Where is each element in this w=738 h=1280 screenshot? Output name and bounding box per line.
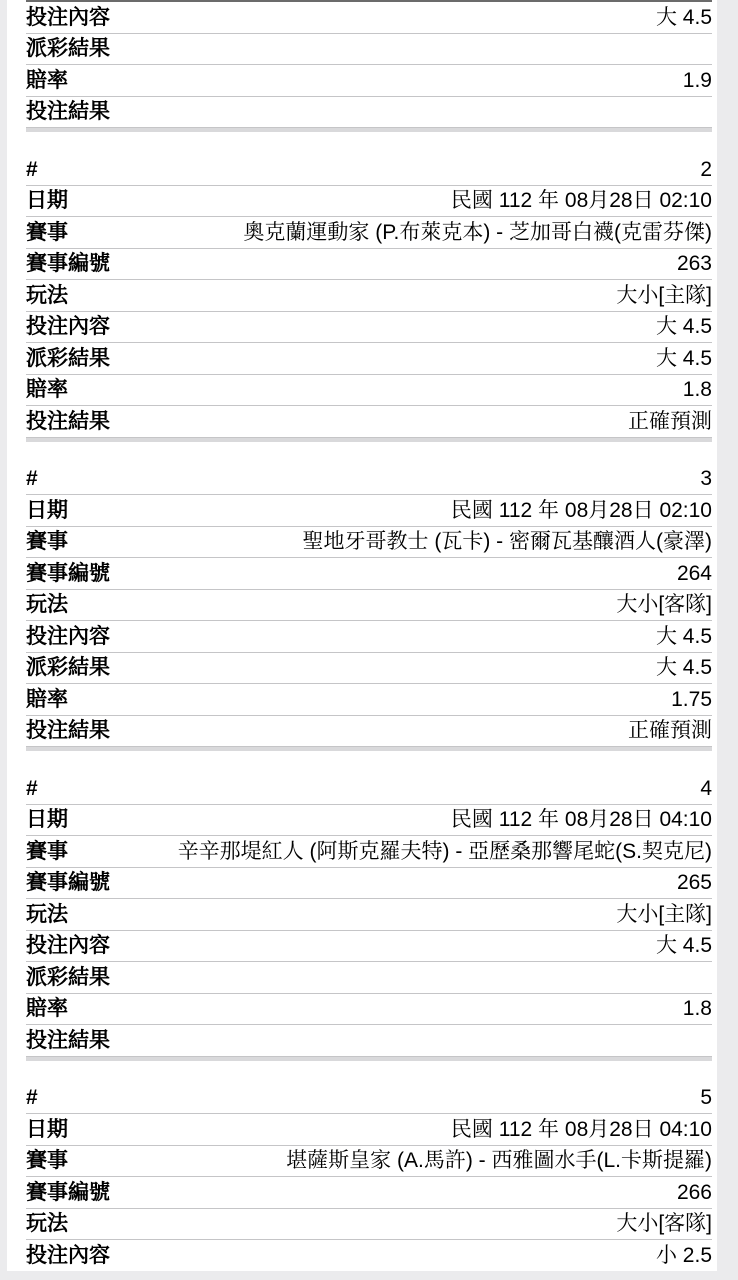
- field-value: 大小[客隊]: [68, 1208, 712, 1239]
- field-row: 投注結果: [26, 97, 712, 129]
- field-value: 大小[主隊]: [68, 899, 712, 930]
- field-row: 投注結果 正確預測: [26, 406, 712, 438]
- field-row: 玩法 大小[主隊]: [26, 899, 712, 931]
- field-label: 日期: [26, 495, 68, 526]
- field-row: 日期 民國 112 年 08月28日 04:10: [26, 805, 712, 837]
- field-row: 投注內容 大 4.5: [26, 931, 712, 963]
- field-value: 大小[主隊]: [68, 280, 712, 311]
- field-row: # 5: [26, 1083, 712, 1115]
- field-label: 賽事: [26, 217, 68, 248]
- records-list: 投注內容 大 4.5 派彩結果 賠率 1.9 投注結果 # 2 日期 民國 11…: [26, 2, 712, 1271]
- field-label: 賠率: [26, 993, 68, 1024]
- field-label: 賽事編號: [26, 558, 110, 589]
- field-row: 賠率 1.9: [26, 65, 712, 97]
- field-value: 民國 112 年 08月28日 04:10: [68, 1114, 712, 1145]
- field-value: 5: [38, 1082, 712, 1113]
- field-label: 派彩結果: [26, 33, 110, 64]
- field-value: 大 4.5: [110, 930, 712, 961]
- field-row: 賽事編號 263: [26, 249, 712, 281]
- field-row: 投注內容 小 2.5: [26, 1240, 712, 1271]
- field-value: 264: [110, 558, 712, 589]
- field-label: 賽事編號: [26, 867, 110, 898]
- field-label: 日期: [26, 185, 68, 216]
- field-row: 投注結果 正確預測: [26, 716, 712, 748]
- field-value: 正確預測: [110, 406, 712, 437]
- field-value: 4: [38, 773, 712, 804]
- record-block: # 3 日期 民國 112 年 08月28日 02:10 賽事 聖地牙哥教士 (…: [26, 464, 712, 752]
- field-label: 投注結果: [26, 96, 110, 127]
- field-label: 投注結果: [26, 1025, 110, 1056]
- field-row: 派彩結果 大 4.5: [26, 343, 712, 375]
- field-label: 玩法: [26, 1208, 68, 1239]
- field-value: 1.8: [68, 993, 712, 1024]
- field-value: 奧克蘭運動家 (P.布萊克本) - 芝加哥白襪(克雷芬傑): [68, 217, 712, 248]
- field-row: 賽事 聖地牙哥教士 (瓦卡) - 密爾瓦基釀酒人(豪澤): [26, 527, 712, 559]
- field-row: 賽事 堪薩斯皇家 (A.馬許) - 西雅圖水手(L.卡斯提羅): [26, 1146, 712, 1178]
- field-row: 投注內容 大 4.5: [26, 312, 712, 344]
- field-label: 玩法: [26, 589, 68, 620]
- field-value: 大 4.5: [110, 652, 712, 683]
- field-value: 大 4.5: [110, 621, 712, 652]
- field-row: 玩法 大小[主隊]: [26, 280, 712, 312]
- field-label: 賠率: [26, 684, 68, 715]
- field-row: 投注內容 大 4.5: [26, 621, 712, 653]
- field-value: 堪薩斯皇家 (A.馬許) - 西雅圖水手(L.卡斯提羅): [68, 1145, 712, 1176]
- field-label: 日期: [26, 1114, 68, 1145]
- field-row: 玩法 大小[客隊]: [26, 1209, 712, 1241]
- field-row: 投注結果: [26, 1025, 712, 1057]
- field-row: 玩法 大小[客隊]: [26, 590, 712, 622]
- field-label: 投注結果: [26, 406, 110, 437]
- field-value: 大 4.5: [110, 311, 712, 342]
- record-block: # 2 日期 民國 112 年 08月28日 02:10 賽事 奧克蘭運動家 (…: [26, 154, 712, 442]
- field-value: 1.75: [68, 684, 712, 715]
- field-label: #: [26, 463, 38, 494]
- field-value: 大 4.5: [110, 343, 712, 374]
- field-label: 投注內容: [26, 621, 110, 652]
- field-label: #: [26, 773, 38, 804]
- field-label: 賠率: [26, 374, 68, 405]
- field-label: 賽事: [26, 526, 68, 557]
- field-label: 賽事編號: [26, 248, 110, 279]
- field-row: 賠率 1.8: [26, 375, 712, 407]
- field-label: 日期: [26, 804, 68, 835]
- field-label: 投注結果: [26, 715, 110, 746]
- field-label: 派彩結果: [26, 962, 110, 993]
- field-value: 大 4.5: [110, 2, 712, 33]
- record-block: # 5 日期 民國 112 年 08月28日 04:10 賽事 堪薩斯皇家 (A…: [26, 1083, 712, 1272]
- field-row: 賽事編號 264: [26, 558, 712, 590]
- field-value: 大小[客隊]: [68, 589, 712, 620]
- field-row: 投注內容 大 4.5: [26, 2, 712, 34]
- field-row: 賽事 奧克蘭運動家 (P.布萊克本) - 芝加哥白襪(克雷芬傑): [26, 217, 712, 249]
- field-row: # 2: [26, 154, 712, 186]
- field-value: 265: [110, 867, 712, 898]
- field-value: 2: [38, 154, 712, 185]
- field-label: 賽事: [26, 836, 68, 867]
- field-label: 派彩結果: [26, 652, 110, 683]
- bet-history-table: 投注內容 大 4.5 派彩結果 賠率 1.9 投注結果 # 2 日期 民國 11…: [7, 0, 717, 1271]
- field-value: 正確預測: [110, 715, 712, 746]
- field-row: 日期 民國 112 年 08月28日 04:10: [26, 1114, 712, 1146]
- field-label: 投注內容: [26, 1240, 110, 1271]
- field-row: 派彩結果: [26, 962, 712, 994]
- field-row: 賽事編號 265: [26, 868, 712, 900]
- field-value: 263: [110, 248, 712, 279]
- field-label: 玩法: [26, 280, 68, 311]
- field-row: 賠率 1.8: [26, 994, 712, 1026]
- field-row: 派彩結果 大 4.5: [26, 653, 712, 685]
- field-value: 266: [110, 1177, 712, 1208]
- field-label: 玩法: [26, 899, 68, 930]
- field-label: #: [26, 1082, 38, 1113]
- field-value: 民國 112 年 08月28日 02:10: [68, 185, 712, 216]
- field-value: 1.8: [68, 374, 712, 405]
- field-value: 1.9: [68, 65, 712, 96]
- field-label: 投注內容: [26, 930, 110, 961]
- field-row: 日期 民國 112 年 08月28日 02:10: [26, 186, 712, 218]
- field-label: 投注內容: [26, 311, 110, 342]
- field-label: 派彩結果: [26, 343, 110, 374]
- field-row: 賽事 辛辛那堤紅人 (阿斯克羅夫特) - 亞歷桑那響尾蛇(S.契克尼): [26, 836, 712, 868]
- field-row: 日期 民國 112 年 08月28日 02:10: [26, 495, 712, 527]
- field-row: 賠率 1.75: [26, 684, 712, 716]
- field-row: 賽事編號 266: [26, 1177, 712, 1209]
- field-label: 賽事編號: [26, 1177, 110, 1208]
- field-value: 3: [38, 463, 712, 494]
- field-value: 民國 112 年 08月28日 02:10: [68, 495, 712, 526]
- record-block: 投注內容 大 4.5 派彩結果 賠率 1.9 投注結果: [26, 2, 712, 132]
- field-value: 辛辛那堤紅人 (阿斯克羅夫特) - 亞歷桑那響尾蛇(S.契克尼): [68, 836, 712, 867]
- field-row: 派彩結果: [26, 34, 712, 66]
- field-row: # 3: [26, 464, 712, 496]
- record-block: # 4 日期 民國 112 年 08月28日 04:10 賽事 辛辛那堤紅人 (…: [26, 773, 712, 1061]
- field-label: #: [26, 154, 38, 185]
- field-row: # 4: [26, 773, 712, 805]
- field-label: 賽事: [26, 1145, 68, 1176]
- field-label: 賠率: [26, 65, 68, 96]
- field-label: 投注內容: [26, 2, 110, 33]
- field-value: 小 2.5: [110, 1240, 712, 1271]
- field-value: 民國 112 年 08月28日 04:10: [68, 804, 712, 835]
- bet-history-card: 投注內容 大 4.5 派彩結果 賠率 1.9 投注結果 # 2 日期 民國 11…: [7, 0, 717, 1271]
- field-value: 聖地牙哥教士 (瓦卡) - 密爾瓦基釀酒人(豪澤): [68, 526, 712, 557]
